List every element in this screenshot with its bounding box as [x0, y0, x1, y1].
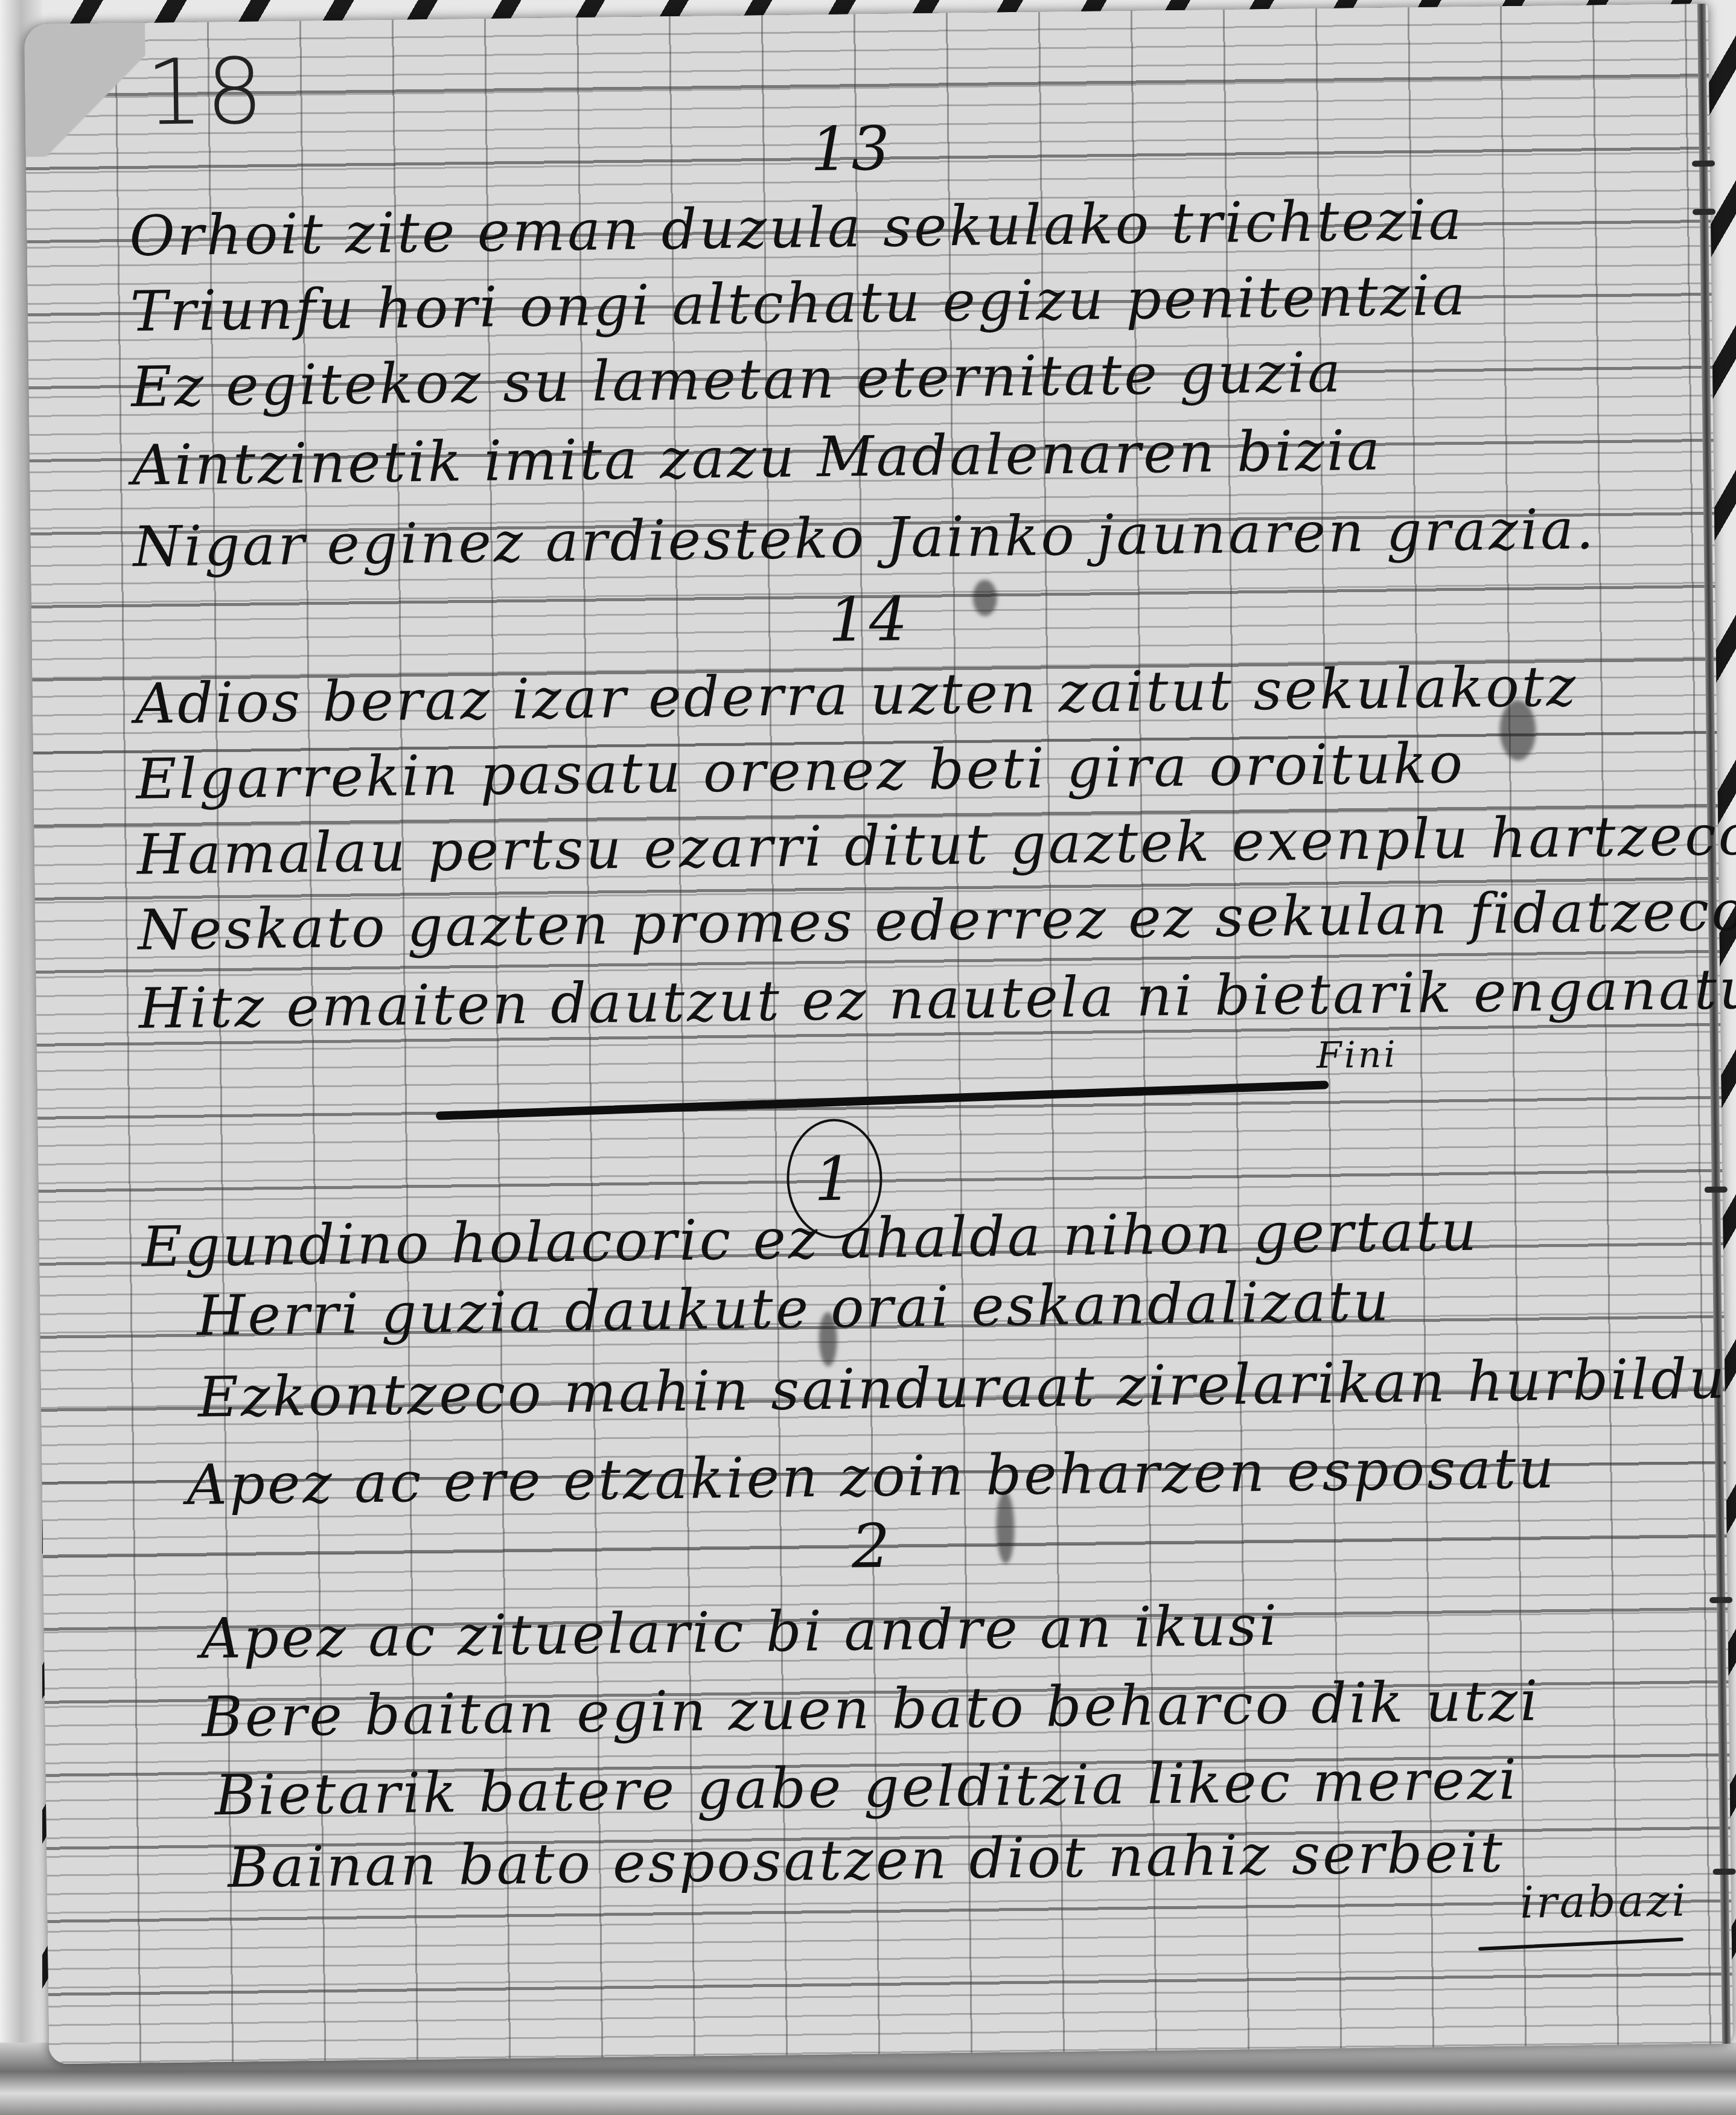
verse-line: Hamalau pertsu ezarri ditut gaztek exenp…	[136, 803, 1736, 887]
verse-line: Bainan bato esposatzen diot nahiz serbei…	[228, 1820, 1505, 1900]
verse-line: Apez ac ere etzakien zoin beharzen espos…	[187, 1436, 1557, 1517]
binding-stitch	[1693, 209, 1715, 215]
verse-line: Neskato gazten promes ederrez ez sekulan…	[138, 878, 1736, 963]
binding-stitch	[1705, 1187, 1728, 1193]
verse-line: Nigar eginez ardiesteko Jainko jaunaren …	[133, 497, 1597, 579]
verse-line: Hitz emaiten dautzut ez nautela ni bieta…	[138, 956, 1736, 1041]
end-marker-fini: Fini	[1316, 1033, 1399, 1077]
verse-line: Ez egitekoz su lametan eternitate guzia	[131, 340, 1344, 419]
verse-line: Elgarrekin pasatu orenez beti gira oroit…	[136, 731, 1466, 812]
notebook-page: 18 13 Orhoit zite eman duzula sekulako t…	[24, 4, 1733, 2064]
folio-number: 18	[145, 39, 266, 145]
verse-line: Ezkontzeco mahin sainduraat zirelarikan …	[197, 1347, 1728, 1430]
verse-line: Apez ac zituelaric bi andre an ikusi	[200, 1593, 1280, 1671]
verse-line: Aintzinetik imita zazu Madalenaren bizia	[132, 418, 1382, 498]
verse-line: Herri guzia daukute orai eskandalizatu	[197, 1269, 1392, 1348]
stanza-number: 2	[851, 1511, 893, 1582]
verse-line-continuation: irabazi	[1520, 1875, 1688, 1928]
verse-line: Bere baitan egin zuen bato beharco dik u…	[202, 1669, 1541, 1750]
verse-line: Triunfu hori ongi altchatu egizu peniten…	[130, 263, 1468, 344]
verse-line: Adios beraz izar ederra uzten zaitut sek…	[135, 654, 1578, 736]
verse-line: Orhoit zite eman duzula sekulako trichte…	[129, 188, 1464, 269]
verse-line: Bietarik batere gabe gelditzia likec mer…	[214, 1747, 1519, 1828]
binding-stitch	[1713, 1869, 1736, 1875]
section-divider-rule	[436, 1080, 1329, 1120]
binding-stitch	[1709, 1597, 1732, 1603]
verse-line: Egundino holacoric ez ahalda nihon gerta…	[141, 1199, 1479, 1280]
stanza-number: 14	[828, 584, 910, 656]
closing-underline	[1478, 1938, 1683, 1951]
stanza-number: 13	[810, 113, 893, 185]
folded-corner	[24, 23, 147, 157]
ink-stain	[972, 579, 997, 616]
binding-stitch	[1692, 161, 1715, 167]
stanza-number: 1	[814, 1143, 855, 1214]
